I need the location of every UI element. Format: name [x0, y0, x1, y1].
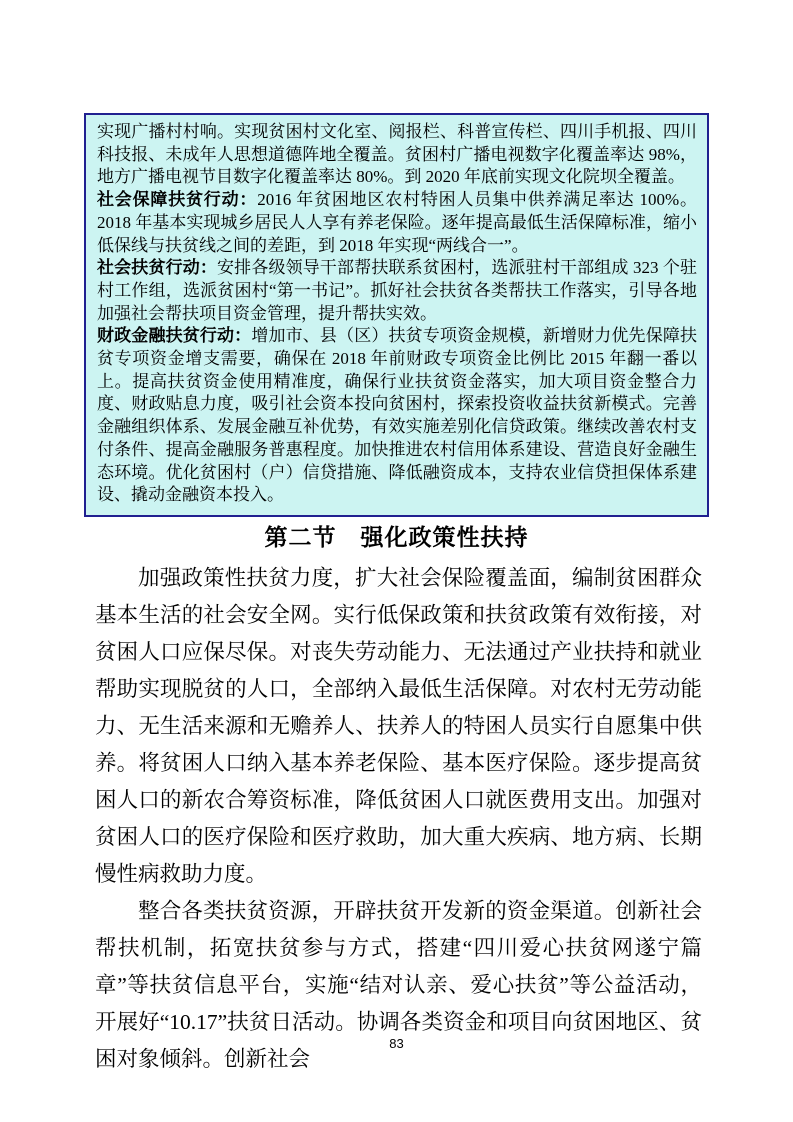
page-number: 83 [0, 1036, 793, 1051]
document-page: 实现广播村村响。实现贫困村文化室、阅报栏、科普宣传栏、四川手机报、四川科技报、未… [0, 0, 793, 1122]
body-text-block: 加强政策性扶贫力度，扩大社会保险覆盖面，编制贫困群众基本生活的社会安全网。实行低… [95, 560, 702, 1078]
callout-paragraph: 社会保障扶贫行动：2016 年贫困地区农村特困人员集中供养满足率达 100%。2… [97, 189, 697, 257]
body-paragraph: 加强政策性扶贫力度，扩大社会保险覆盖面，编制贫困群众基本生活的社会安全网。实行低… [95, 560, 702, 893]
section-heading: 第二节 强化政策性扶持 [0, 519, 793, 552]
callout-paragraph: 社会扶贫行动：安排各级领导干部帮扶联系贫困村，选派驻村干部组成 323 个驻村工… [97, 257, 697, 325]
callout-paragraph: 实现广播村村响。实现贫困村文化室、阅报栏、科普宣传栏、四川手机报、四川科技报、未… [97, 121, 697, 189]
action-label: 社会保障扶贫行动： [97, 190, 257, 209]
callout-paragraph: 财政金融扶贫行动：增加市、县（区）扶贫专项资金规模，新增财力优先保障扶贫专项资金… [97, 325, 697, 507]
action-label: 财政金融扶贫行动： [97, 326, 251, 345]
action-label: 社会扶贫行动： [97, 258, 217, 277]
policy-callout-box: 实现广播村村响。实现贫困村文化室、阅报栏、科普宣传栏、四川手机报、四川科技报、未… [84, 113, 709, 517]
